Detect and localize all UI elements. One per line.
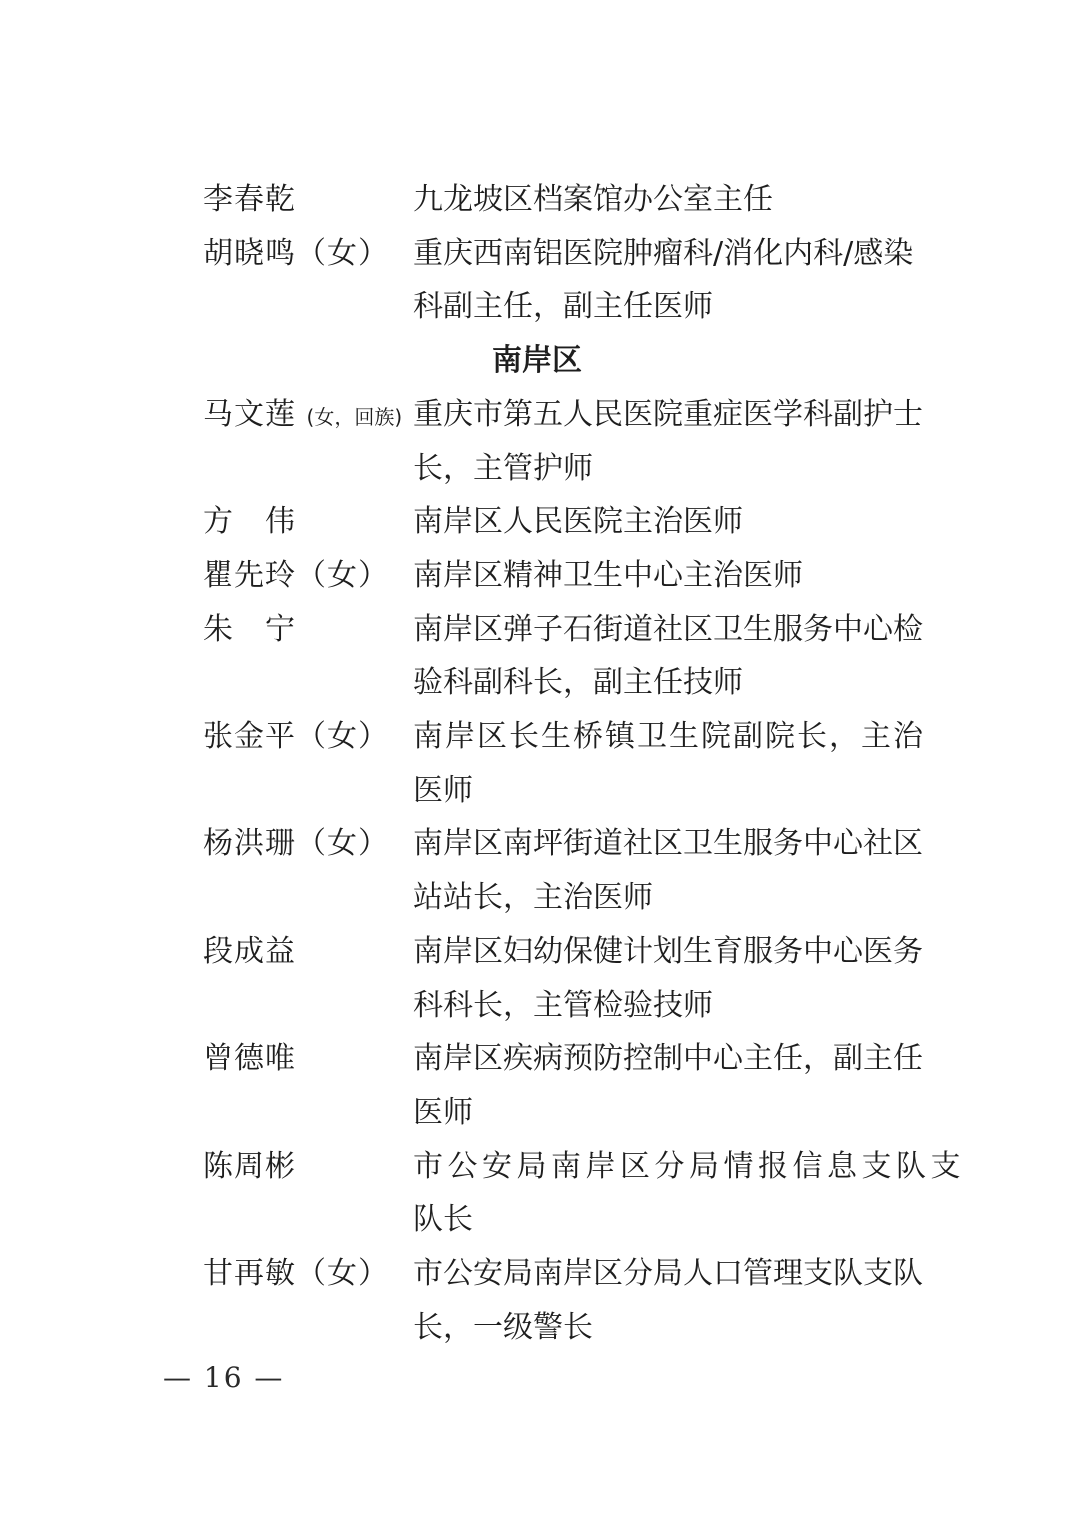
list-item: 李春乾 九龙坡区档案馆办公室主任 — [203, 173, 963, 227]
person-name: 李春乾 — [203, 182, 296, 217]
person-name: 胡晓鸣（女） — [203, 236, 389, 271]
person-note: (女，回族) — [307, 405, 403, 429]
person-name: 张金平（女） — [203, 719, 389, 754]
list-item: 张金平（女） 南岸区长生桥镇卫生院副院长，主治 医师 — [203, 710, 963, 817]
entry-name: 段成益 — [203, 925, 413, 979]
entry-title-line: 医师 — [413, 1086, 933, 1140]
entry-title: 南岸区妇幼保健计划生育服务中心医务 科科长，主管检验技师 — [413, 925, 933, 1032]
entry-title-line: 南岸区精神卫生中心主治医师 — [413, 549, 933, 603]
section-header: 南岸区 — [0, 334, 1074, 388]
entry-title: 南岸区疾病预防控制中心主任，副主任 医师 — [413, 1032, 933, 1139]
entry-title-line: 南岸区弹子石街道社区卫生服务中心检 — [413, 603, 933, 657]
entry-name: 方 伟 — [203, 495, 413, 549]
entry-title: 重庆市第五人民医院重症医学科副护士 长，主管护师 — [413, 388, 933, 495]
entry-name: 马文莲 (女，回族) — [203, 388, 413, 445]
entry-title-line: 验科副科长，副主任技师 — [413, 656, 933, 710]
entry-title-line: 队长 — [413, 1193, 933, 1247]
entry-title-line: 站站长，主治医师 — [413, 871, 933, 925]
entry-title-line: 南岸区妇幼保健计划生育服务中心医务 — [413, 925, 933, 979]
entry-title-line: 重庆市第五人民医院重症医学科副护士 — [413, 388, 933, 442]
page-footer: — 16 — — [163, 1358, 284, 1398]
list-item: 马文莲 (女，回族) 重庆市第五人民医院重症医学科副护士 长，主管护师 — [203, 388, 963, 495]
person-name: 马文莲 — [203, 397, 296, 432]
entry-name: 李春乾 — [203, 173, 413, 227]
person-name: 甘再敏（女） — [203, 1256, 389, 1291]
list-item: 朱 宁 南岸区弹子石街道社区卫生服务中心检 验科副科长，副主任技师 — [203, 603, 963, 710]
list-item: 曾德唯 南岸区疾病预防控制中心主任，副主任 医师 — [203, 1032, 963, 1139]
person-name: 曾德唯 — [203, 1041, 296, 1076]
entry-title-line: 科科长，主管检验技师 — [413, 979, 933, 1033]
entry-name: 曾德唯 — [203, 1032, 413, 1086]
entry-title-line: 南岸区南坪街道社区卫生服务中心社区 — [413, 817, 933, 871]
entry-title-line: 南岸区人民医院主治医师 — [413, 495, 933, 549]
entry-title: 南岸区弹子石街道社区卫生服务中心检 验科副科长，副主任技师 — [413, 603, 933, 710]
person-name: 朱 宁 — [203, 612, 296, 647]
entry-name: 瞿先玲（女） — [203, 549, 413, 603]
entry-name: 杨洪珊（女） — [203, 817, 413, 871]
name-list: 李春乾 九龙坡区档案馆办公室主任 胡晓鸣（女） 重庆西南铝医院肿瘤科/消化内科/… — [203, 173, 963, 1354]
person-name: 方 伟 — [203, 504, 296, 539]
list-item: 胡晓鸣（女） 重庆西南铝医院肿瘤科/消化内科/感染 科副主任，副主任医师 — [203, 227, 963, 334]
person-name: 陈周彬 — [203, 1149, 296, 1184]
entry-name: 胡晓鸣（女） — [203, 227, 413, 281]
document-page: 李春乾 九龙坡区档案馆办公室主任 胡晓鸣（女） 重庆西南铝医院肿瘤科/消化内科/… — [0, 0, 1074, 1520]
entry-title: 九龙坡区档案馆办公室主任 — [413, 173, 933, 227]
list-item: 杨洪珊（女） 南岸区南坪街道社区卫生服务中心社区 站站长，主治医师 — [203, 817, 963, 924]
entry-title: 市公安局南岸区分局情报信息支队支 队长 — [413, 1140, 933, 1247]
person-name: 瞿先玲（女） — [203, 558, 389, 593]
entry-title-line: 南岸区疾病预防控制中心主任，副主任 — [413, 1032, 933, 1086]
entry-name: 张金平（女） — [203, 710, 413, 764]
entry-title: 南岸区长生桥镇卫生院副院长，主治 医师 — [413, 710, 933, 817]
list-item: 瞿先玲（女） 南岸区精神卫生中心主治医师 — [203, 549, 963, 603]
entry-title: 南岸区精神卫生中心主治医师 — [413, 549, 933, 603]
entry-title-line: 长，主管护师 — [413, 442, 933, 496]
list-item: 陈周彬 市公安局南岸区分局情报信息支队支 队长 — [203, 1140, 963, 1247]
entry-title-line: 南岸区长生桥镇卫生院副院长，主治 — [413, 710, 933, 764]
entry-name: 陈周彬 — [203, 1140, 413, 1194]
entry-title-line: 科副主任，副主任医师 — [413, 280, 933, 334]
list-item: 甘再敏（女） 市公安局南岸区分局人口管理支队支队 长，一级警长 — [203, 1247, 963, 1354]
list-item: 方 伟 南岸区人民医院主治医师 — [203, 495, 963, 549]
entry-title-line: 医师 — [413, 764, 933, 818]
entry-title-line: 九龙坡区档案馆办公室主任 — [413, 173, 933, 227]
entry-title-line: 市公安局南岸区分局情报信息支队支 — [413, 1140, 933, 1194]
person-name: 杨洪珊（女） — [203, 826, 389, 861]
entry-title-line: 长，一级警长 — [413, 1301, 933, 1355]
entry-name: 甘再敏（女） — [203, 1247, 413, 1301]
entry-title-line: 市公安局南岸区分局人口管理支队支队 — [413, 1247, 933, 1301]
entry-title: 重庆西南铝医院肿瘤科/消化内科/感染 科副主任，副主任医师 — [413, 227, 933, 334]
person-name: 段成益 — [203, 934, 296, 969]
entry-title: 南岸区南坪街道社区卫生服务中心社区 站站长，主治医师 — [413, 817, 933, 924]
entry-title: 南岸区人民医院主治医师 — [413, 495, 933, 549]
list-item: 段成益 南岸区妇幼保健计划生育服务中心医务 科科长，主管检验技师 — [203, 925, 963, 1032]
page-number: — 16 — — [163, 1361, 284, 1394]
entry-name: 朱 宁 — [203, 603, 413, 657]
entry-title: 市公安局南岸区分局人口管理支队支队 长，一级警长 — [413, 1247, 933, 1354]
section-title: 南岸区 — [492, 343, 582, 378]
entry-title-line: 重庆西南铝医院肿瘤科/消化内科/感染 — [413, 227, 933, 281]
